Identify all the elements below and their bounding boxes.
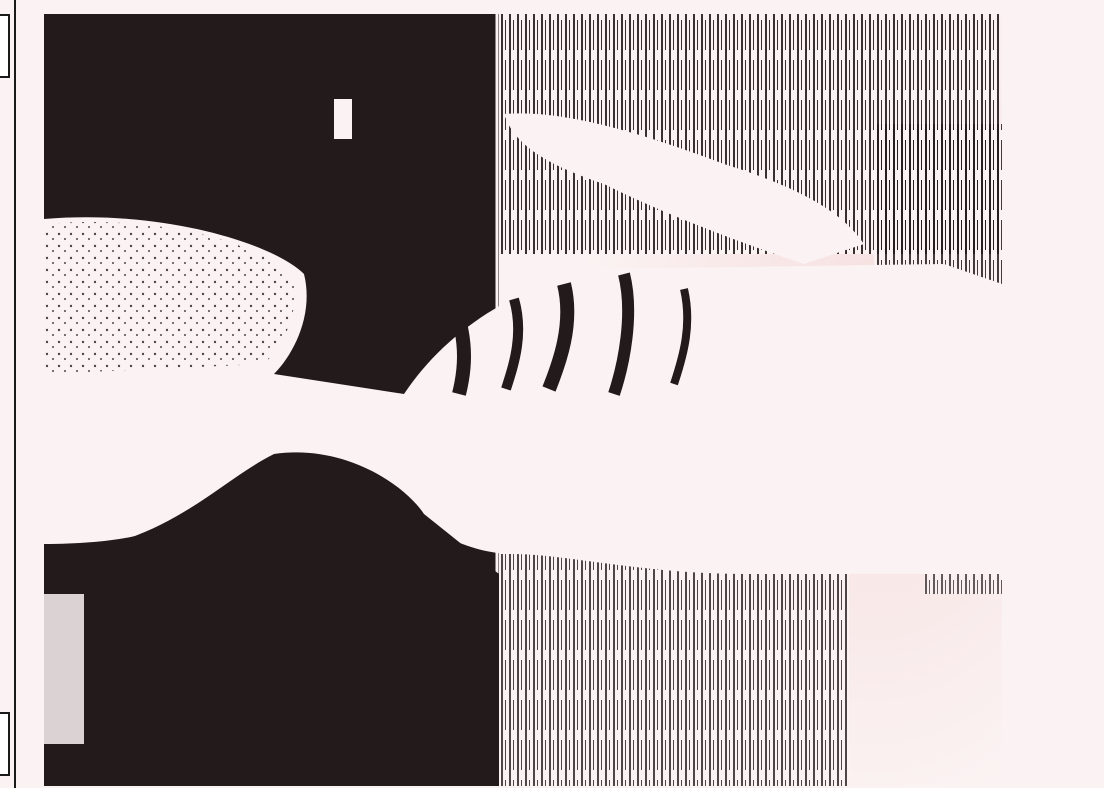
- top-binding-tab: [0, 14, 10, 78]
- bottom-binding-tab: [0, 712, 10, 776]
- left-margin-frame: [0, 0, 16, 788]
- hand-photo-graphic: [44, 14, 1002, 786]
- photograph: [44, 14, 1002, 786]
